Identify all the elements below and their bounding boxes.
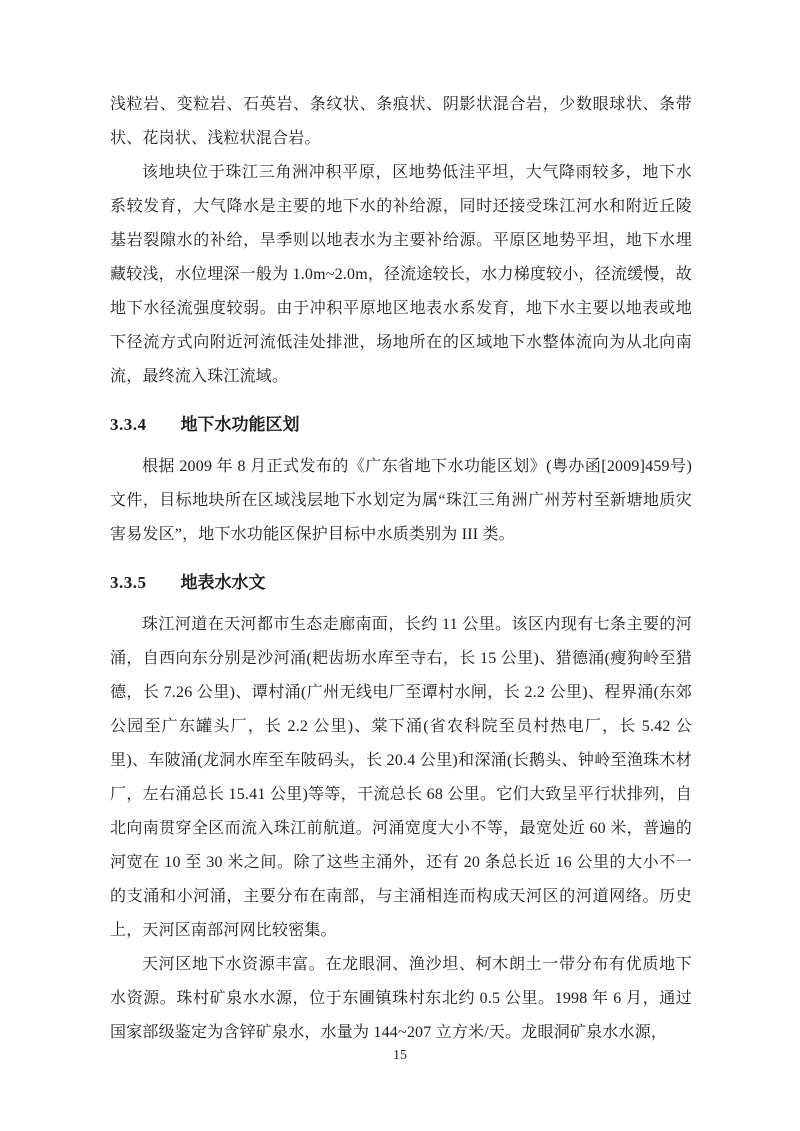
paragraph-groundwater-function-zoning: 根据 2009 年 8 月正式发布的《广东省地下水功能区划》(粤办函[2009]… [110,450,692,552]
paragraph-hydrogeology: 该地块位于珠江三角洲冲积平原，区地势低洼平坦，大气降雨较多，地下水系较发育，大气… [110,156,692,394]
section-heading-3-3-5: 3.3.5地表水水文 [110,566,692,600]
section-heading-3-3-4: 3.3.4地下水功能区划 [110,408,692,442]
page-number: 15 [393,1048,407,1063]
page-footer: 15 [0,1046,800,1066]
document-page: 浅粒岩、变粒岩、石英岩、条纹状、条痕状、阴影状混合岩，少数眼球状、条带状、花岗状… [0,0,800,1131]
section-title-3-3-5: 地表水水文 [181,573,266,592]
section-number-3-3-4: 3.3.4 [110,408,147,442]
paragraph-groundwater-resources: 天河区地下水资源丰富。在龙眼洞、渔沙坦、柯木朗土一带分布有优质地下水资源。珠村矿… [110,948,692,1050]
section-title-3-3-4: 地下水功能区划 [181,415,300,434]
paragraph-rock-types-continuation: 浅粒岩、变粒岩、石英岩、条纹状、条痕状、阴影状混合岩，少数眼球状、条带状、花岗状… [110,88,692,156]
page-body: 浅粒岩、变粒岩、石英岩、条纹状、条痕状、阴影状混合岩，少数眼球状、条带状、花岗状… [110,88,692,1050]
paragraph-surface-water-rivers: 珠江河道在天河都市生态走廊南面，长约 11 公里。该区内现有七条主要的河涌，自西… [110,608,692,948]
section-number-3-3-5: 3.3.5 [110,566,147,600]
